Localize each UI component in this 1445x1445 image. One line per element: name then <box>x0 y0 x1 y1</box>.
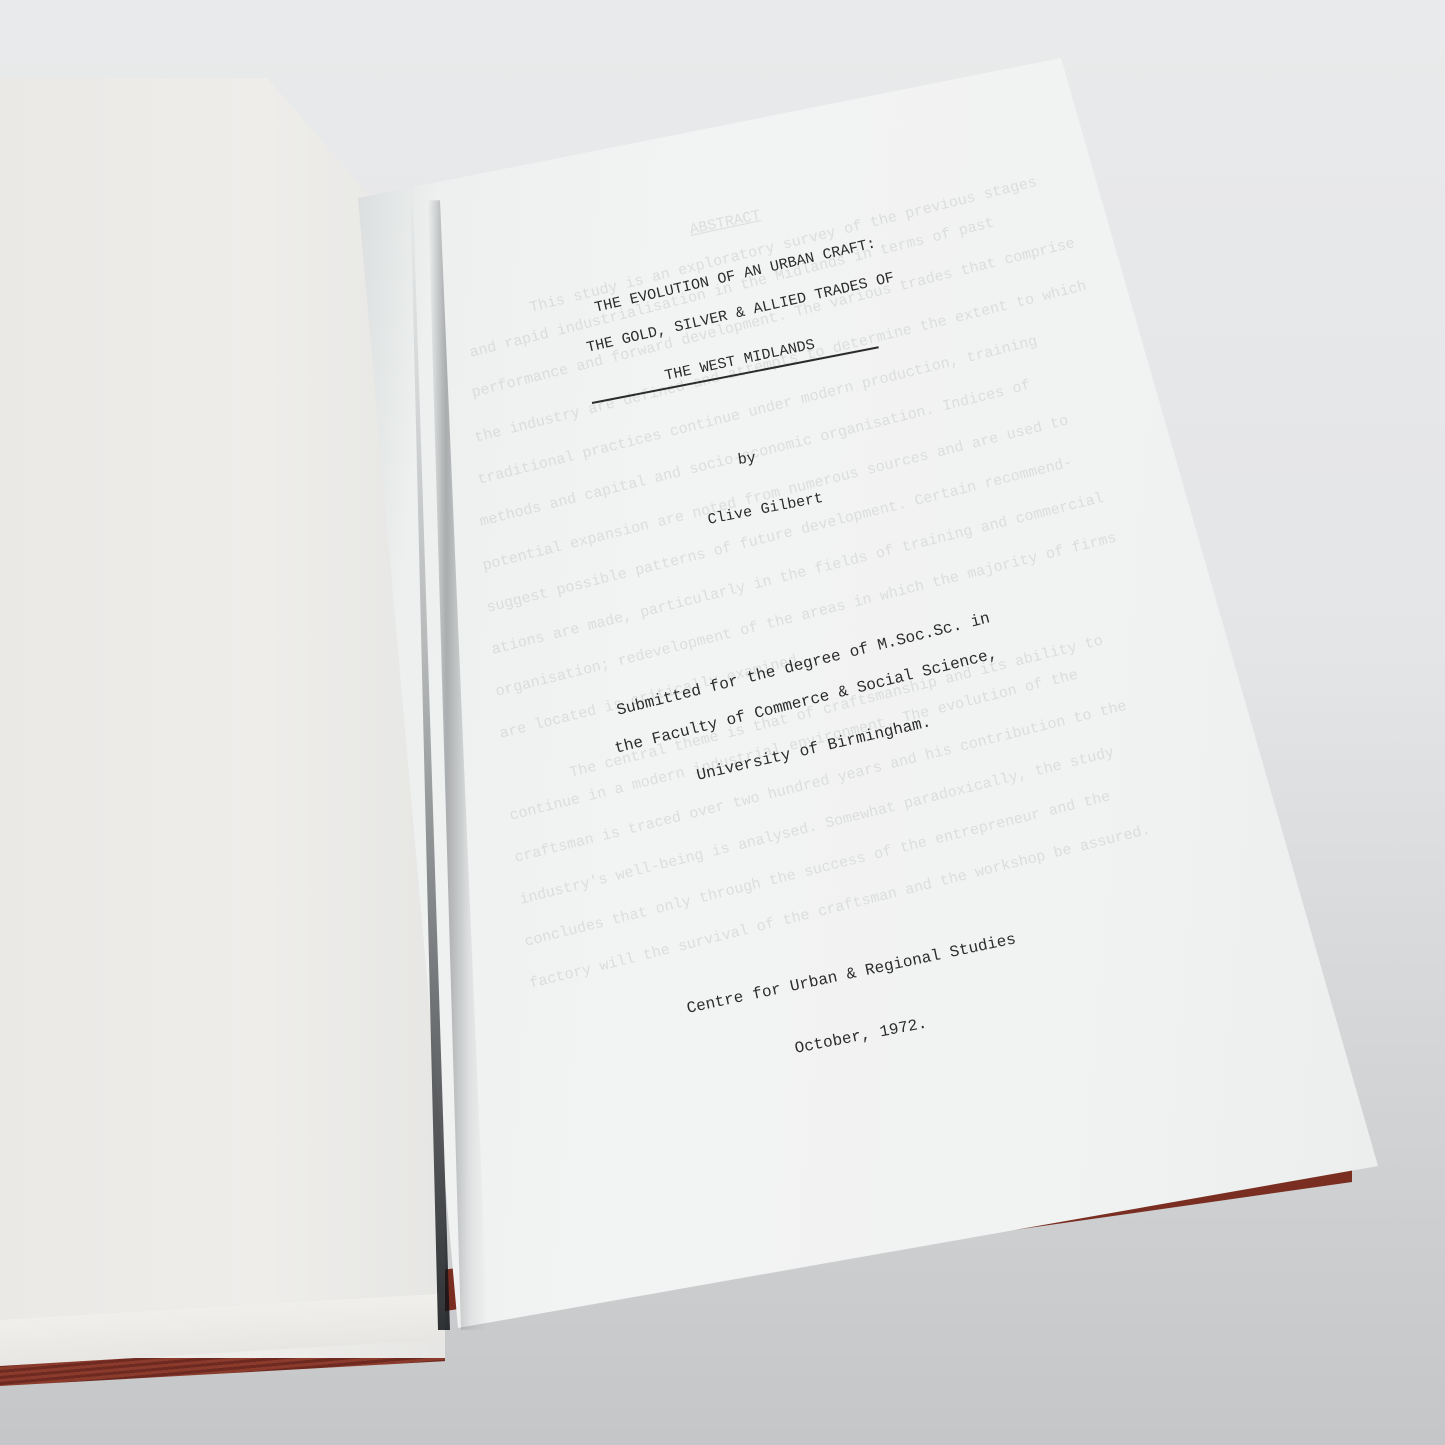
by-label: by <box>737 450 757 469</box>
photo-scene: ABSTRACT This study is an exploratory su… <box>0 0 1445 1445</box>
